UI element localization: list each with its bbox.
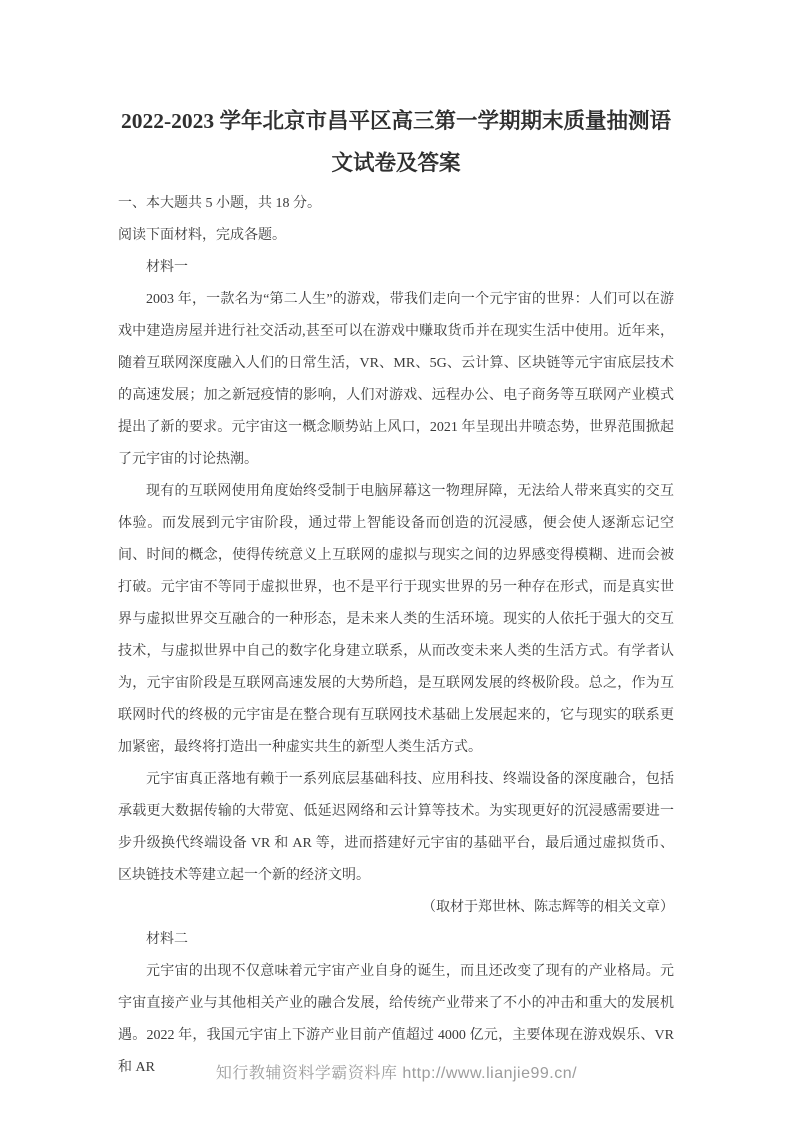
- footer-watermark: 知行教辅资料学霸资料库 http://www.lianjie99.cn/: [0, 1062, 793, 1086]
- material-one-attribution: （取材于郑世林、陈志辉等的相关文章）: [118, 892, 674, 924]
- material-one-paragraph-2: 现有的互联网使用角度始终受制于电脑屏幕这一物理屏障，无法给人带来真实的交互体验。…: [118, 476, 674, 764]
- section-heading: 一、本大题共 5 小题，共 18 分。: [118, 188, 674, 220]
- exam-paper-page: 2022-2023 学年北京市昌平区高三第一学期期末质量抽测语 文试卷及答案 一…: [0, 0, 793, 1122]
- material-one-paragraph-1: 2003 年，一款名为“第二人生”的游戏，带我们走向一个元宇宙的世界：人们可以在…: [118, 284, 674, 476]
- document-body: 2022-2023 学年北京市昌平区高三第一学期期末质量抽测语 文试卷及答案 一…: [118, 100, 674, 1084]
- footer-watermark-text: 知行教辅资料学霸资料库 http://www.lianjie99.cn/: [216, 1065, 577, 1082]
- page-title-line-1: 2022-2023 学年北京市昌平区高三第一学期期末质量抽测语: [118, 100, 674, 142]
- page-title: 2022-2023 学年北京市昌平区高三第一学期期末质量抽测语 文试卷及答案: [118, 100, 674, 184]
- page-title-line-2: 文试卷及答案: [118, 142, 674, 184]
- material-one-label: 材料一: [118, 252, 674, 284]
- material-two-label: 材料二: [118, 924, 674, 956]
- material-one-paragraph-3: 元宇宙真正落地有赖于一系列底层基础科技、应用科技、终端设备的深度融合，包括承载更…: [118, 764, 674, 892]
- section-instruction: 阅读下面材料，完成各题。: [118, 220, 674, 252]
